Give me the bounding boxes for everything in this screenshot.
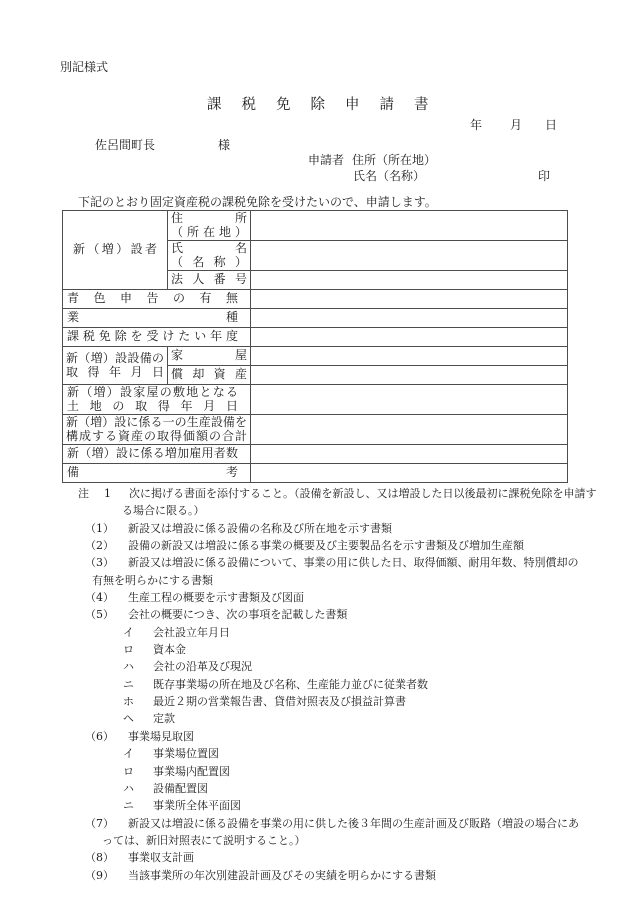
application-table: 新（増）設者 住所（所在地） 氏名（名称） 法人番号 青色申告の有無 業種 課税… <box>62 210 568 483</box>
depreciable-assets-value-cell <box>251 366 568 385</box>
industry-value-cell <box>251 309 568 328</box>
applicant-name-label: 氏名（名称） <box>353 167 425 184</box>
date-day-label: 日 <box>545 118 557 132</box>
exemption-year-value-cell <box>251 328 568 347</box>
note-line-continuation: っては、新旧対照表にて説明すること。） <box>0 832 630 849</box>
employees-value-cell <box>251 445 568 464</box>
remarks-value-cell <box>251 464 568 483</box>
note-line: （9）当該事業所の年次別建設計画及びその実績を明らかにする書類 <box>0 867 630 884</box>
note-subline: ハ会社の沿革及び現況 <box>0 658 630 675</box>
applicant-address-line: 申請者住所（所在地） <box>308 151 436 168</box>
total-acquisition-value-cell <box>251 415 568 445</box>
note-subline: ロ事業場内配置図 <box>0 763 630 780</box>
blue-return-value-cell <box>251 290 568 309</box>
note-line: （1）新設又は増設に係る設備の名称及び所在地を示す書類 <box>0 520 630 537</box>
note-subline: ヘ定款 <box>0 710 630 727</box>
note-line-continuation: 有無を明らかにする書類 <box>0 572 630 589</box>
note-line: （5）会社の概要につき、次の事項を記載した書類 <box>0 606 630 623</box>
corporate-number-value-cell <box>251 271 568 290</box>
note-line: （7）新設又は増設に係る設備を事業の用に供した後３年間の生産計画及び販路（増設の… <box>0 815 630 832</box>
blue-return-label: 青色申告の有無 <box>63 290 251 309</box>
date-month-label: 月 <box>510 118 522 132</box>
note-marker: 注 <box>78 487 89 500</box>
address-value-cell <box>251 211 568 241</box>
note-line: （2）設備の新設又は増設に係る事業の概要及び主要製品名を示す書類及び増加生産額 <box>0 537 630 554</box>
name-row-label: 氏名（名称） <box>168 241 251 271</box>
addressee-honorific: 様 <box>218 138 230 152</box>
total-acquisition-value-label: 新（増）設に係る一の生産設備を構成する資産の取得価額の合計 <box>63 415 251 445</box>
applicant-group-label: 新（増）設者 <box>63 211 168 290</box>
note-line: （3）新設又は増設に係る設備について、事業の用に供した日、取得価額、耐用年数、特… <box>0 554 630 571</box>
seal-mark: 印 <box>538 167 550 184</box>
addressee-name: 佐呂間町長 <box>95 138 155 152</box>
document-title: 課税免除申請書 <box>207 93 449 114</box>
name-value-cell <box>251 241 568 271</box>
note-subline: ニ既存事業場の所在地及び名称、生産能力並びに従業者数 <box>0 676 630 693</box>
date-line: 年月日 <box>470 116 557 133</box>
applicant-label: 申請者 <box>308 153 344 167</box>
date-year-label: 年 <box>470 118 482 132</box>
industry-label: 業種 <box>63 309 251 328</box>
applicant-address-label: 住所（所在地） <box>352 153 436 167</box>
application-form-document: 別記様式 課税免除申請書 年月日 佐呂間町長様 申請者住所（所在地） 氏名（名称… <box>0 0 630 903</box>
note-head-continuation: る場合に限る。） <box>0 502 630 519</box>
note-number: 1 <box>104 487 111 500</box>
remarks-label: 備考 <box>63 464 251 483</box>
notes-section: 注1次に掲げる書面を添付すること。（設備を新設し、又は増設した日以後最初に課税免… <box>0 485 630 884</box>
note-head-text: 次に掲げる書面を添付すること。（設備を新設し、又は増設した日以後最初に課税免除を… <box>129 487 597 500</box>
corporate-number-label: 法人番号 <box>168 271 251 290</box>
note-subline: ハ設備配置図 <box>0 780 630 797</box>
employees-label: 新（増）設に係る増加雇用者数 <box>63 445 251 464</box>
land-acquisition-label: 新（増）設家屋の敷地となる土地の取得年月日 <box>63 385 251 415</box>
acquisition-date-group-label: 新（増）設設備の取得年月日 <box>63 347 168 385</box>
note-line: （8）事業収支計画 <box>0 849 630 866</box>
note-line: （6）事業場見取図 <box>0 728 630 745</box>
depreciable-assets-label: 償却資産 <box>168 366 251 385</box>
house-label: 家屋 <box>168 347 251 366</box>
note-subline: ニ事業所全体平面図 <box>0 797 630 814</box>
address-row-label: 住所（所在地） <box>168 211 251 241</box>
note-head-line: 注1次に掲げる書面を添付すること。（設備を新設し、又は増設した日以後最初に課税免… <box>0 485 630 502</box>
note-subline: イ会社設立年月日 <box>0 624 630 641</box>
note-subline: イ事業場位置図 <box>0 745 630 762</box>
form-style-note: 別記様式 <box>60 58 108 75</box>
land-acquisition-value-cell <box>251 385 568 415</box>
exemption-year-label: 課税免除を受けたい年度 <box>63 328 251 347</box>
note-subline: ホ最近２期の営業報告書、貸借対照表及び損益計算書 <box>0 693 630 710</box>
intro-sentence: 下記のとおり固定資産税の課税免除を受けたいので、申請します。 <box>78 193 437 210</box>
house-value-cell <box>251 347 568 366</box>
addressee-line: 佐呂間町長様 <box>95 136 230 153</box>
note-subline: ロ資本金 <box>0 641 630 658</box>
note-line: （4）生産工程の概要を示す書類及び図面 <box>0 589 630 606</box>
